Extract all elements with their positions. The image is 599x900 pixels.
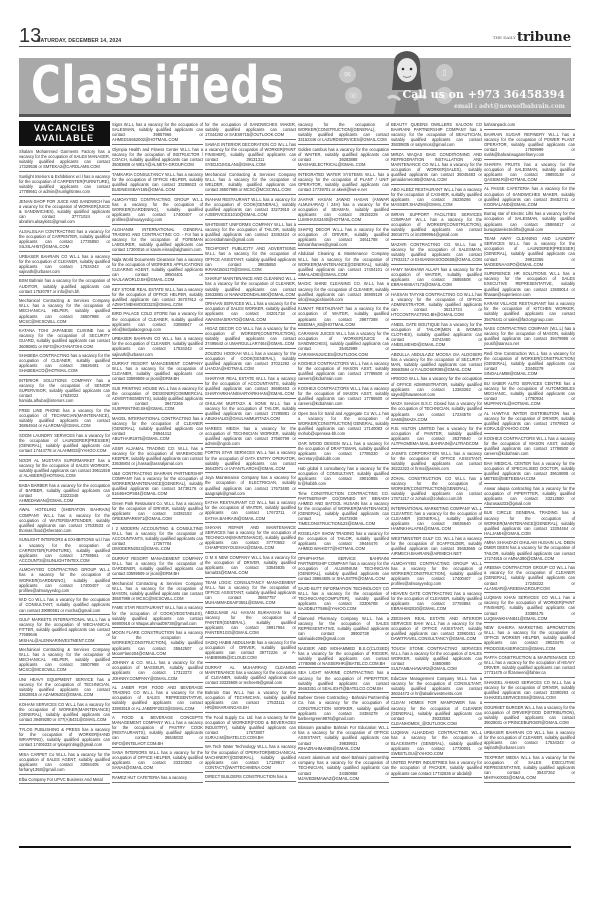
classified-ad: MAGIC SHINE CLEANING CO. W.L.L has a vac… xyxy=(298,280,389,304)
classified-ad: EATHA RESTAURANT CO W.L.L has a vacancy … xyxy=(205,499,296,523)
classified-ad: GHULAM MURTAZA & SONS W.L.L has a vacanc… xyxy=(205,400,296,424)
classified-ad: GOURMET BURGER W.L.L has a vacancy for t… xyxy=(484,704,575,728)
classified-ad: ZOUZOU HOOKAH W.L.L has a vacancy for th… xyxy=(205,350,296,374)
classified-ad: UNI HEAVY EQUIPMENT SERVICE has a vacanc… xyxy=(19,676,110,700)
classified-ad: MAGEL INTERNATIONAL CONTRACTING has a va… xyxy=(112,415,203,444)
classified-ad: Joya Maintenance Company has a vacancy f… xyxy=(205,474,296,498)
classified-ad: BAH MEDICAL CENTER has a vacancy for the… xyxy=(484,460,575,484)
classified-ad: SUS PRINTING HOUSE W.L.L has a vacancy f… xyxy=(112,385,203,414)
classified-ad: ABDULLA ABDULAZIZ MOOSA ISA ALDOSERI has… xyxy=(391,351,482,375)
classified-ad: bahrainpack.com xyxy=(484,121,575,130)
classified-ad: HAMY MAKHAWI ALLAFI has a vacancy for th… xyxy=(391,266,482,290)
classified-ad: TAMKARIA CONSULTANCY W.L.L has a vacancy… xyxy=(112,171,203,195)
classified-ad: ALMOAYYED CONTRACTING GROUP W.L.L has a … xyxy=(112,196,203,225)
classified-ad: ABO ALEEZ RESTAURANT W.L.L has a vacancy… xyxy=(391,186,482,210)
banner-title: Classifieds xyxy=(31,56,285,116)
classified-ad: Bahrain Gas W.L.L has a vacancy for the … xyxy=(205,689,296,713)
classified-ad: DIRECT BUILDERS CONSTRUCTION has a xyxy=(205,773,296,782)
classified-ad: ZEESHAN REAL ESTATE AND INTERIOR SERVICE… xyxy=(391,615,482,644)
classified-ad: Open Sea for Sand and Aggregate Co W.L.L… xyxy=(298,410,389,439)
classified-ad: Shalam Mohammed Garments Factory has a v… xyxy=(19,148,110,172)
column-1: VACANCIES AVAILABLE Shalam Mohammed Garm… xyxy=(19,121,110,785)
classified-ad: AREEMA CONTRACTOR GROUP CO W.L.L has a v… xyxy=(484,564,575,593)
classified-ad: SUNLIGHT INTERIORS & EXHIBITIONS w.l.l h… xyxy=(19,536,110,565)
classified-ad: FREE LINE PHONE has a vacancy for the oc… xyxy=(19,407,110,431)
classified-ad: TEAM LOGIC CONSULTANCY MANAGEMENT W.L.L … xyxy=(205,579,296,608)
classified-ad: JASMI'S CORPORATION W.L.L has a vacancy … xyxy=(391,450,482,474)
classified-ad: MISA CARPET Co W.L.L has a vacancy for t… xyxy=(19,751,110,775)
mascot-illustration xyxy=(384,48,430,114)
classified-ad: LUQMAN ALHADDAD CONTRACTING W.L.L has a … xyxy=(391,729,482,758)
classified-ad: WESTMINSTER GULF CO. W.L.L has a vacancy… xyxy=(391,535,482,559)
classified-ad: NEW SAHERA MARKETING &PROMOTION W.L.L ha… xyxy=(484,624,575,653)
classified-ad: SADIQ HABIB ABDULNABI has a vacancy for … xyxy=(205,639,296,663)
classified-ad: Diamond Pharmacy Company W.L.L has a vac… xyxy=(298,615,389,644)
issue-date: SATURDAY, DECEMBER 14, 2024 xyxy=(37,38,121,44)
classified-ad: MOON FLARE CONSTRUCTION has a vacancy fo… xyxy=(112,629,203,658)
mobile-icon: ▯ xyxy=(436,64,453,81)
classified-ad: Abdulaal Cleaning & Maintenance Company … xyxy=(298,250,389,279)
classified-ad: LUQMAN KHAN SERVICES CO W.L.L has a vaca… xyxy=(484,594,575,623)
classified-ad: MIRZA WAQAS BAIG CONDITIONING AND REFRIG… xyxy=(391,151,482,185)
classified-ad: KOOHEJI CONTRACTORS W.L.L has a vacancy … xyxy=(298,360,389,384)
classified-ad: OPHIPHATNA SERVICE BAHRAINI PARTNERSHIP … xyxy=(298,555,389,584)
classified-ad: Elba Company For UPVC Business And Metal xyxy=(19,776,110,785)
classified-ad: A FOOD & BEVERAGE CONCEPTS MANAGEMENT CO… xyxy=(112,714,203,748)
classified-ad: HIGAZ DECOR CO W.L.L has a vacancy for t… xyxy=(205,325,296,349)
classified-ad: CLEAN HOMES FOR MANPOWER has a vacancy f… xyxy=(391,699,482,728)
classifieds-banner: Classifieds ✉ ☏ ▯ ◎ Call us on +973 3645… xyxy=(19,58,571,117)
classified-ad: Time CONSTRUCTION CONTRACTING CO. PARTNE… xyxy=(298,490,389,529)
classified-ad: AL HAWTAS WATER DISTRIBUTION has a vacan… xyxy=(484,410,575,434)
classified-ad: Hab global it consultancy has a vacancy … xyxy=(298,465,389,489)
classified-ad: WA Tech Water Technology W.L.L has a vac… xyxy=(205,743,296,772)
classified-ad: Burraq star of Electric Lifts has a vaca… xyxy=(484,210,575,234)
classified-ad: AL PASSE CAFETERIA has a vacancy for the… xyxy=(484,185,575,209)
classified-ad: NASSER ABD MOHAMMED B.S.C(CLOSED) has a … xyxy=(298,645,389,669)
classified-ad: RAFFA CONSTRUCTION & MAINTENANCE CO W.L.… xyxy=(484,654,575,678)
classified-ad: URBASER BAHRAIN CO W.L.L has a vacancy f… xyxy=(112,335,203,359)
classified-ad: TEAM AWAY CLEANING AND LAUNDRY SERVICES … xyxy=(484,235,575,269)
masthead: 13 SATURDAY, DECEMBER 14, 2024 THE DAILY… xyxy=(19,28,571,47)
classified-ad: FAME STAR RESTAURANT W.L.L has a vacancy… xyxy=(112,604,203,628)
phone-icon: ☏ xyxy=(345,87,362,104)
classified-ad: BU SABER AUTO SERVICES CENTRE has a vaca… xyxy=(484,380,575,409)
classified-ad: NOOR AL MUSTAFA SUPERMARKET has a vacanc… xyxy=(19,457,110,481)
classified-ad: JENAN SHOP FOR JUICE AND SANDWICH has a … xyxy=(19,198,110,227)
classified-ad: BAHRAIN SUGAR REFINERY W.L.L has a vacan… xyxy=(484,131,575,160)
column-6: bahrainpack.comBAHRAIN SUGAR REFINERY W.… xyxy=(484,121,575,784)
classified-ad: ALSALSILAH CONTRACTING has a vacancy for… xyxy=(19,228,110,252)
classified-ad: NASS CONTRACTING COMPANY (W.L.L) has a v… xyxy=(484,325,575,349)
classified-ad: BSM Bahrain has a vacancy for the occupa… xyxy=(19,277,110,296)
classified-ad: KEY STONE REAL ESTATE W.L.L has a vacanc… xyxy=(112,286,203,310)
classified-ad: TYLOS PUBLISHING & PRESS has a vacancy f… xyxy=(19,726,110,750)
classified-ad: HRIGGO W.L.L has a vacancy for the occup… xyxy=(391,375,482,399)
classified-ad: ORHAAN SERVICES W.L.L has a vacancy for … xyxy=(205,300,296,324)
vacancies-available-label: VACANCIES AVAILABLE xyxy=(19,121,110,146)
classified-ad: UNITED PAPER INDUSTRIES has a vacancy fo… xyxy=(391,759,482,778)
classified-ad: KARAM VILLAGE RESTAURANT has a vacancy f… xyxy=(484,300,575,324)
classified-ad: BEAUTY QUEENS DWILLERS SALOON CO BAHRAIN… xyxy=(391,121,482,150)
classified-ad: Redi One Construction W.L.L has a vacanc… xyxy=(484,350,575,379)
classified-ad: Mechanical Contracting & Services Compan… xyxy=(19,297,110,326)
classified-ad: KOOHEJI CONTRACTORS W.L.L has a vacancy … xyxy=(298,385,389,409)
classified-ad: KATANA TOHI JAPANESE CUISINE has a vacan… xyxy=(19,327,110,351)
classified-ad: I 2 MODERN ACCOUNTING & CONSULTING W.L.L… xyxy=(112,525,203,554)
classified-ad: SHABEBA CONTRACTING has a vacancy for th… xyxy=(19,352,110,376)
classified-ad: Signs W.L.L has a vacancy for the occupa… xyxy=(112,121,203,145)
classified-ad: ALGHANIM INTERNATIONAL GENERAL TRADING A… xyxy=(112,226,203,255)
classified-ad: G M S NEW COMPANY W.L.L has a vacancy fo… xyxy=(205,554,296,578)
classified-ad: JAAFAR HASAN JAWAD HASAN (ANWAR ALMUHARA… xyxy=(298,196,389,225)
classified-ad: ABDULNABI ALI HASAN BUKHASAN has a vacan… xyxy=(205,609,296,638)
classified-ad: SHARUF MAINTENANCE AND CLEANING W.L.L ha… xyxy=(205,275,296,299)
classified-ad: Sunlight Interiors & Exhibitions w.l.l h… xyxy=(19,173,110,197)
classified-ad: ASSR ALJAMAL TRADING CO. W.L.L has a vac… xyxy=(112,445,203,469)
classified-ad: DURRAT AL MUHARRAQ CLEANING MAINTENANCE … xyxy=(205,664,296,688)
brand-logo: THE DAILYtribune xyxy=(493,30,571,45)
classified-ad: SHARIFA FRUITS has a vacancy for the occ… xyxy=(484,161,575,185)
bottom-rule xyxy=(19,846,571,848)
classified-ad: KOHANI SERVICES CO W.L.L has a vacancy f… xyxy=(19,701,110,725)
column-2: Signs W.L.L has a vacancy for the occupa… xyxy=(112,121,203,784)
classified-ad: HEAVEN GATE CONTRACTING has a vacancy fo… xyxy=(391,590,482,614)
classified-ad: SHAFIQ DECOR W.L.L has a vacancy for the… xyxy=(298,226,389,250)
mail-icon: ✉ xyxy=(339,66,356,83)
brand-prefix: THE DAILY xyxy=(493,35,516,40)
classified-ad: DURRAT RESORT MANAGEMENT COMPANY W.L.L h… xyxy=(112,360,203,384)
column-4: vacancy for the occupation of WORKER(CON… xyxy=(298,121,389,784)
classified-ad: Green Park Restaurant Co. W.L.L has a va… xyxy=(112,500,203,524)
classified-ad: JOHNNY & CO. W.L.L has a vacancy for the… xyxy=(112,659,203,683)
classified-ad: NAREES MEDIA has a vacancy for the occup… xyxy=(205,425,296,449)
classified-ad: Mechanical Contracting & Services Compan… xyxy=(205,171,296,195)
classified-ad: W.D Co W.L.L has a vacancy for the occup… xyxy=(19,596,110,615)
classified-ad: R.B. HILTON LIMITED has a vacancy for th… xyxy=(391,425,482,449)
classified-ad: URBASER BAHRAIN CO W.L.L has a vacancy f… xyxy=(484,729,575,753)
classified-ad: ALMOAYYED CONTRACTING GROUP W.L.L has a … xyxy=(19,566,110,595)
column-3: for the occupation of SANDWICHES MAKER, … xyxy=(205,121,296,783)
classified-ad: DURRAT RESORT MANAGEMENT COMPANY W.L.L h… xyxy=(112,555,203,579)
classified-ad: Golden cambus has a vacancy for the occu… xyxy=(298,146,389,170)
classified-ad: AMNA SHAHZADI GHULAM HUSAIN LAL DEEN DME… xyxy=(484,539,575,563)
classified-ad: EduCare Management Company W.L.L has a v… xyxy=(391,675,482,699)
classified-ad: The Food Supply Co. Ltd. has a vacancy f… xyxy=(205,714,296,743)
classified-ad: SOOM LAUNDRY SERVICES has a vacancy for … xyxy=(19,432,110,456)
classified-ad: SHAYAN REPAIR AND MAINTENANCE SERVICES h… xyxy=(205,524,296,553)
classified-ad: WHITEMIST UNIFORMS COMPANY W.L.L has a v… xyxy=(205,221,296,245)
classified-ad: SAJID BUTT INFORMATION TECHNOLOGY CO W.L… xyxy=(298,585,389,614)
classified-ad: INTERIOR SOLUTIONS COMPANY has a vacancy… xyxy=(19,377,110,406)
classified-ad: SHARYAR REAL ESTATE W.L.L has a vacancy … xyxy=(205,375,296,399)
classified-ad: ZOHAL CONSTRUCTION CO W.L.L has a vacanc… xyxy=(391,475,482,504)
classified-ad: AL JABER FOR FOOD AND BEVERAGE TRADING C… xyxy=(112,684,203,713)
classified-ad: TECHPOINT PUBLICITY AND ADVERTISING W.L.… xyxy=(205,245,296,274)
classified-ad: SAWAG INTERIOR DECORATION CO W.L.L has a… xyxy=(205,141,296,170)
classified-ad: Anwar alaqsa contracting has a vacancy f… xyxy=(484,485,575,509)
classified-ad: for the occupation of SANDWICHES MAKER, … xyxy=(205,121,296,140)
classified-ad: GULF MARKETS INTERNATIONAL W.L.L has a v… xyxy=(19,616,110,645)
call-us-text: Call us on +973 36458394 xyxy=(403,88,566,101)
classified-ad: URBASER BAHRAIN CO W.L.L has a vacancy f… xyxy=(19,253,110,277)
classified-ad: SANA INTERIORS W.L.L has a vacancy for t… xyxy=(112,749,203,773)
classified-ad: ANEEL GATE BOUTIQUE has a vacancy for th… xyxy=(391,321,482,350)
classified-ad: CARAMAN JUICES W.L.L has a vacancy for t… xyxy=(298,330,389,359)
classified-ad: HASSAN TAYYAB CONTRACTING CO W.L.L has a… xyxy=(391,291,482,320)
classified-ad: Ascent aluminum and steel Bahraini partn… xyxy=(298,754,389,783)
classified-ad: MAZARI CONTRACTING CO. W.L.L has a vacan… xyxy=(391,241,482,265)
classified-ad: SHAKEEL AHMAD SERVICES CO W.L.L has a va… xyxy=(484,679,575,703)
classified-ad: U&S CONTRACTING BAHRAIN PARTNERSHIP COMP… xyxy=(112,470,203,499)
classified-ad: BUS CIRCLE GENERAL TRADING has a vacancy… xyxy=(484,509,575,538)
classified-ad: INTERNATIONAL MARKETING COMPANY W.L.L CL… xyxy=(391,505,482,534)
classified-ad: TEXPRINT MEDIA W.L.L has a vacancy for t… xyxy=(484,754,575,783)
classified-ad: INTEGRATED WATER SYSTEMS W.L.L has a vac… xyxy=(298,171,389,195)
classified-ad: AWAL HOTELING (SHERATON BAHRAIN) COMPANY… xyxy=(19,506,110,535)
classified-ad: INAHAM RESTAURANT W.L.L has a vacancy fo… xyxy=(205,196,296,220)
classified-ad: OAR WOOD DESIGN W.L.L has a vacancy for … xyxy=(298,440,389,464)
classified-ad: BABA BARBER has a vacancy for the occupa… xyxy=(19,482,110,506)
classified-ad: Najla World Documents Clearance has a va… xyxy=(112,256,203,285)
email-text: email : advt@newsofbahrain.com xyxy=(454,103,565,110)
classified-ad: ALMOAYYED CONTRACTING GROUP W.L.L has a … xyxy=(391,560,482,589)
classified-ad: Mechanical Contracting & Services Compan… xyxy=(112,580,203,604)
classified-ad: Mechanical Contracting & Services Compan… xyxy=(19,646,110,675)
classified-ad: vacancy for the occupation of WORKER(CON… xyxy=(298,121,389,145)
column-5: BEAUTY QUEENS DWILLERS SALOON CO BAHRAIN… xyxy=(391,121,482,779)
classified-ad: TOUCH STONE CONTRACTING SERVICES W.L.L h… xyxy=(391,645,482,674)
classified-ad: KUWAIT RESTAURANT has a vacancy for the … xyxy=(298,305,389,329)
classified-ad: SEA LIGHT MARINE CONTRACTING has a vacan… xyxy=(298,669,389,693)
classified-ad: SUPERIENCE HR SOLUTIONS W.L.L has a vaca… xyxy=(484,270,575,299)
classified-ad: Barbeer Green Contracting - Bahraini Par… xyxy=(298,694,389,723)
classified-ad: KOOHEJI CONTRACTORS W.L.L has a vacancy … xyxy=(484,435,575,459)
classified-ad: IMRAN SUPPORT FACILITIES SERVICES COMPAN… xyxy=(391,211,482,240)
classified-ad: BIRD PALACE COLD STORE has a vacancy for… xyxy=(112,310,203,334)
classified-ad: MAZA Services B.S.C Closed has a vacancy… xyxy=(391,400,482,424)
classified-ad: ROSELADY SHOW TRADING has a vacancy for … xyxy=(298,530,389,554)
classified-ad: RAMEZ HUT CAFETERIA has a vacancy xyxy=(112,774,203,783)
classified-ad: Blossom paradise Bahrain For Education W… xyxy=(298,724,389,753)
classified-ad: FORTIN STAR SERVICES W.L.L has a vacancy… xyxy=(205,449,296,473)
classified-ad: Olympia Health and Fitness Center W.L.L … xyxy=(112,146,203,170)
brand-name: tribune xyxy=(517,30,571,45)
